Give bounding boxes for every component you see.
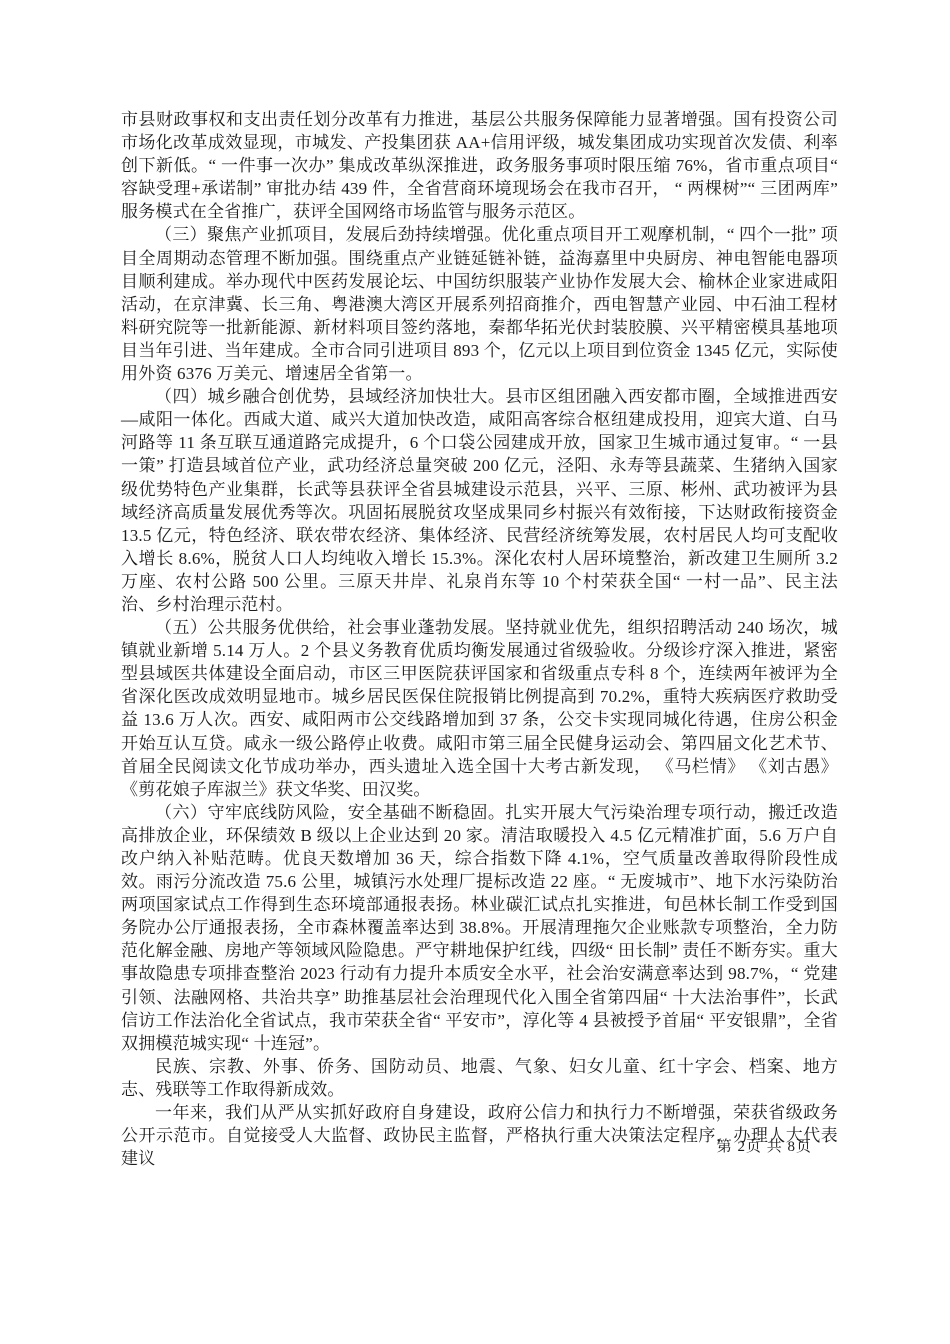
paragraph: （四）城乡融合创优势，县域经济加快壮大。县市区组团融入西安都市圈，全域推进西安—… — [121, 385, 838, 616]
document-page: 市县财政事权和支出责任划分改革有力推进，基层公共服务保障能力显著增强。国有投资公… — [0, 0, 950, 1344]
document-body: 市县财政事权和支出责任划分改革有力推进，基层公共服务保障能力显著增强。国有投资公… — [121, 108, 838, 1170]
paragraph: （三）聚焦产业抓项目，发展后劲持续增强。优化重点项目开工观摩机制，“ 四个一批”… — [121, 223, 838, 385]
paragraph: 民族、宗教、外事、侨务、国防动员、地震、气象、妇女儿童、红十字会、档案、地方志、… — [121, 1055, 838, 1101]
paragraph: （五）公共服务优供给，社会事业蓬勃发展。坚持就业优先，组织招聘活动 240 场次… — [121, 616, 838, 801]
page-footer: 第 2页 共 8页 — [717, 1137, 812, 1157]
paragraph: （六）守牢底线防风险，安全基础不断稳固。扎实开展大气污染治理专项行动，搬迁改造高… — [121, 801, 838, 1055]
paragraph: 一年来，我们从严从实抓好政府自身建设，政府公信力和执行力不断增强，荣获省级政务公… — [121, 1101, 838, 1170]
paragraph: 市县财政事权和支出责任划分改革有力推进，基层公共服务保障能力显著增强。国有投资公… — [121, 108, 838, 223]
